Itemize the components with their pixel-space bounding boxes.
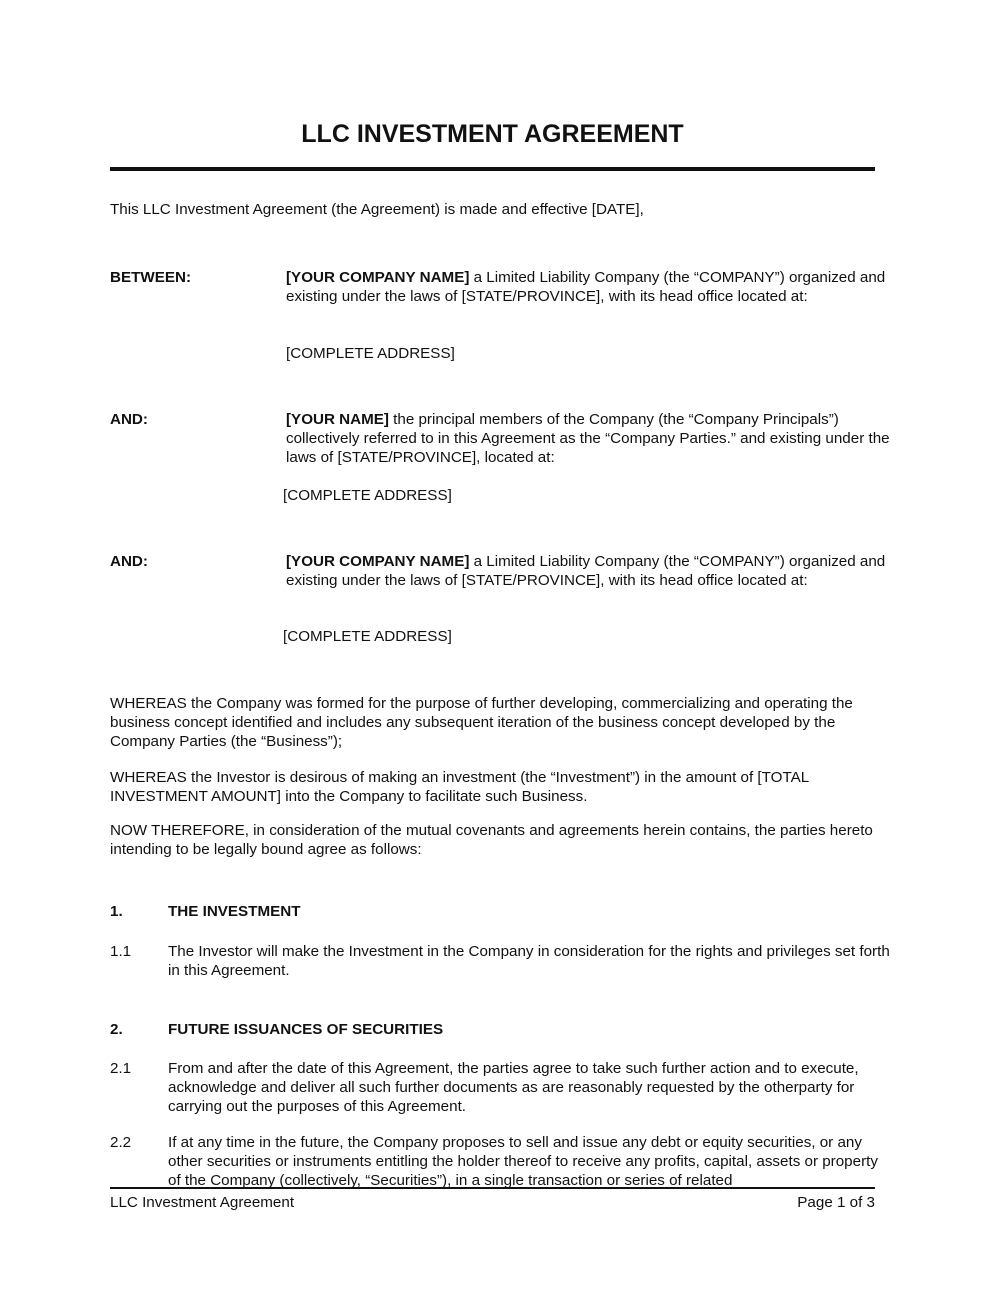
clause-2-2-text: If at any time in the future, the Compan… [168, 1133, 893, 1188]
clause-2-1-number: 2.1 [110, 1059, 131, 1078]
document-title: LLC INVESTMENT AGREEMENT [110, 120, 875, 149]
party-2-description: [YOUR NAME] the principal members of the… [286, 410, 896, 467]
section-2-title: FUTURE ISSUANCES OF SECURITIES [168, 1020, 443, 1039]
party-3-name: [YOUR COMPANY NAME] [286, 553, 469, 570]
clause-1-1-number: 1.1 [110, 942, 131, 961]
party-1-address: [COMPLETE ADDRESS] [286, 344, 455, 363]
footer-divider [110, 1187, 875, 1189]
recital-now-therefore: NOW THEREFORE, in consideration of the m… [110, 821, 895, 859]
document-page: LLC INVESTMENT AGREEMENT This LLC Invest… [0, 0, 1000, 1290]
party-1-name: [YOUR COMPANY NAME] [286, 269, 469, 286]
section-2-number: 2. [110, 1020, 123, 1039]
party-1-description: [YOUR COMPANY NAME] a Limited Liability … [286, 268, 896, 306]
title-divider [110, 167, 875, 171]
clause-2-1-text: From and after the date of this Agreemen… [168, 1059, 893, 1116]
party-label-and-1: AND: [110, 410, 148, 429]
party-2-address: [COMPLETE ADDRESS] [283, 486, 452, 505]
section-1-title: THE INVESTMENT [168, 902, 300, 921]
recital-whereas-2: WHEREAS the Investor is desirous of maki… [110, 768, 895, 806]
clause-1-1-text: The Investor will make the Investment in… [168, 942, 893, 980]
recital-whereas-1: WHEREAS the Company was formed for the p… [110, 694, 895, 751]
party-3-address: [COMPLETE ADDRESS] [283, 627, 452, 646]
party-2-name: [YOUR NAME] [286, 411, 389, 428]
party-label-and-2: AND: [110, 552, 148, 571]
party-3-description: [YOUR COMPANY NAME] a Limited Liability … [286, 552, 896, 590]
party-label-between: BETWEEN: [110, 268, 191, 287]
intro-paragraph: This LLC Investment Agreement (the Agree… [110, 200, 895, 219]
clause-2-2-number: 2.2 [110, 1133, 131, 1152]
clause-2-2-container: If at any time in the future, the Compan… [168, 1133, 893, 1188]
footer-document-name: LLC Investment Agreement [110, 1193, 294, 1212]
footer-page-number: Page 1 of 3 [797, 1193, 875, 1212]
section-1-number: 1. [110, 902, 123, 921]
